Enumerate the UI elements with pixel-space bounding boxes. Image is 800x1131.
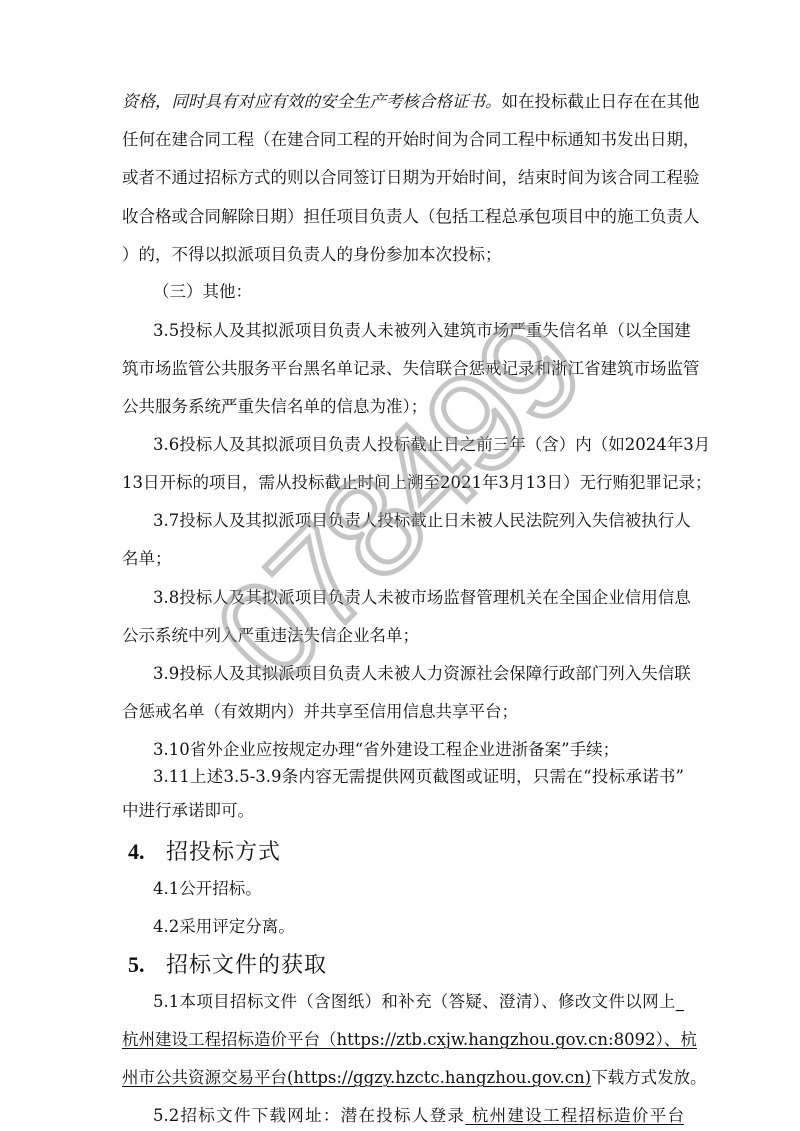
link-hangzhou-bidding-platform[interactable]: 杭州建设工程招标造价平台 [465,1106,684,1125]
item-4-1: 4.1公开招标。 [153,878,684,900]
paragraph-line: 任何在建合同工程（在建合同工程的开始时间为合同工程中标通知书发出日期， [122,129,684,151]
item-3-8: 3.8投标人及其拟派项目负责人未被市场监督管理机关在全国企业信用信息 [153,587,684,609]
item-3-9: 3.9投标人及其拟派项目负责人未被人力资源社会保障行政部门列入失信联 [153,663,684,685]
item-3-5: 3.5投标人及其拟派项目负责人未被列入建筑市场严重失信名单（以全国建 [153,320,684,342]
item-5-1: 5.1本项目招标文件（含图纸）和补充（答疑、澄清）、修改文件以网上_ [153,991,684,1013]
item-5-1: 州市公共资源交易平台(https://ggzy.hzctc.hangzhou.g… [122,1067,684,1089]
item-3-6: 13日开标的项目，需从投标截止时间上溯至2021年3月13日）无行贿犯罪记录； [122,472,684,494]
item-3-10: 3.10省外企业应按规定办理“省外建设工程企业进浙备案”手续； [153,739,684,761]
document-page: 资格，同时具有对应有效的安全生产考核合格证书。如在投标截止日存在在其他 任何在建… [0,0,800,1131]
subsection-heading-other: （三）其他： [153,281,684,303]
section-4-heading: 4.招投标方式 [128,838,281,867]
item-3-7: 3.7投标人及其拟派项目负责人投标截止日未被人民法院列入失信被执行人 [153,510,684,532]
section-title: 招投标方式 [166,840,281,865]
link-hangzhou-bidding-platform[interactable]: 杭州建设工程招标造价平台（https://ztb.cxjw.hangzhou.g… [122,1030,697,1049]
italic-text: 资格，同时具有对应有效的安全生产考核合格证书。 [122,92,502,111]
section-5-heading: 5.招标文件的获取 [128,951,327,980]
link-hangzhou-public-resource-platform[interactable]: 州市公共资源交易平台(https://ggzy.hzctc.hangzhou.g… [122,1068,591,1087]
section-number: 5. [128,951,166,979]
paragraph-line: 或者不通过招标方式的则以合同签订日期为开始时间，结束时间为该合同工程验 [122,167,684,189]
paragraph-line: 资格，同时具有对应有效的安全生产考核合格证书。如在投标截止日存在在其他 [122,91,684,113]
paragraph-line: ）的，不得以拟派项目负责人的身份参加本次投标； [122,244,684,266]
item-3-5: 公共服务系统严重失信名单的信息为准）； [122,396,684,418]
item-4-2: 4.2采用评定分离。 [153,916,684,938]
section-title: 招标文件的获取 [166,953,327,978]
item-5-2: 5.2招标文件下载网址：潜在投标人登录 杭州建设工程招标造价平台 [153,1105,684,1127]
item-3-5: 筑市场监管公共服务平台黑名单记录、失信联合惩戒记录和浙江省建筑市场监管 [122,358,684,380]
paragraph-line: 收合格或合同解除日期）担任项目负责人（包括工程总承包项目中的施工负责人 [122,206,684,228]
item-3-11: 3.11上述3.5-3.9条内容无需提供网页截图或证明，只需在“投标承诺书” [153,766,684,788]
section-number: 4. [128,838,166,866]
item-3-7: 名单； [122,548,684,570]
item-3-8: 公示系统中列入严重违法失信企业名单； [122,625,684,647]
link[interactable]: _ [676,992,684,1011]
item-3-9: 合惩戒名单（有效期内）并共享至信用信息共享平台； [122,701,684,723]
item-5-1: 杭州建设工程招标造价平台（https://ztb.cxjw.hangzhou.g… [122,1029,684,1051]
item-3-11: 中进行承诺即可。 [122,800,684,822]
item-3-6: 3.6投标人及其拟派项目负责人投标截止日之前三年（含）内（如2024年3月 [153,434,684,456]
